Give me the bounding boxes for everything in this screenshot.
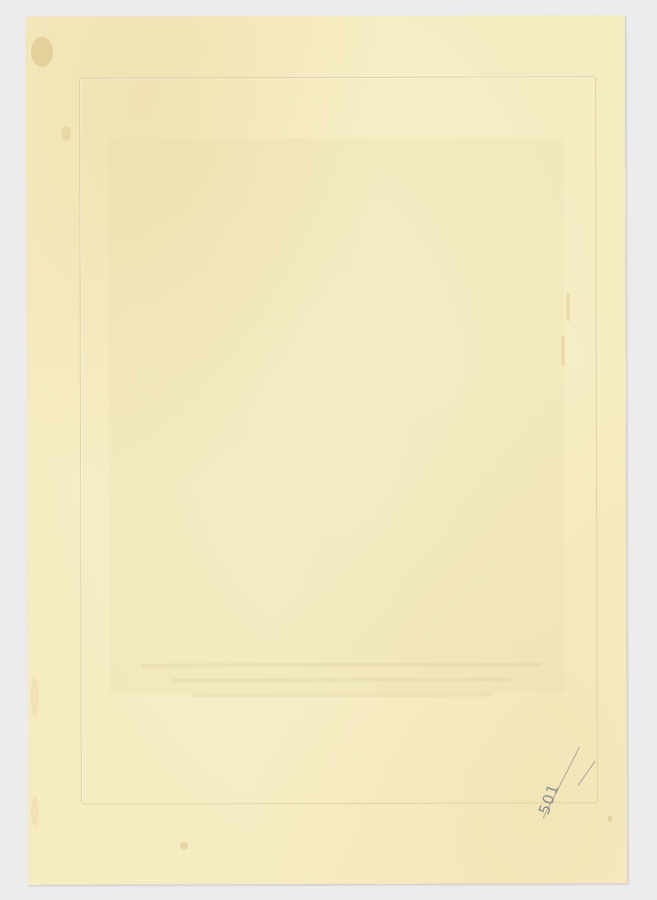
- foxing-stain: [61, 127, 71, 141]
- paper-sheet: [26, 15, 627, 885]
- foxing-stain: [608, 815, 612, 822]
- foxing-streak: [562, 335, 565, 365]
- foxing-streak: [567, 293, 570, 321]
- foxing-stain: [31, 37, 53, 67]
- show-through-image-area: [108, 137, 564, 693]
- edge-stain: [31, 677, 39, 717]
- plate-mark: [79, 76, 598, 804]
- show-through-caption-line: [192, 693, 492, 698]
- foxing-stain: [180, 842, 188, 849]
- edge-stain: [31, 797, 39, 827]
